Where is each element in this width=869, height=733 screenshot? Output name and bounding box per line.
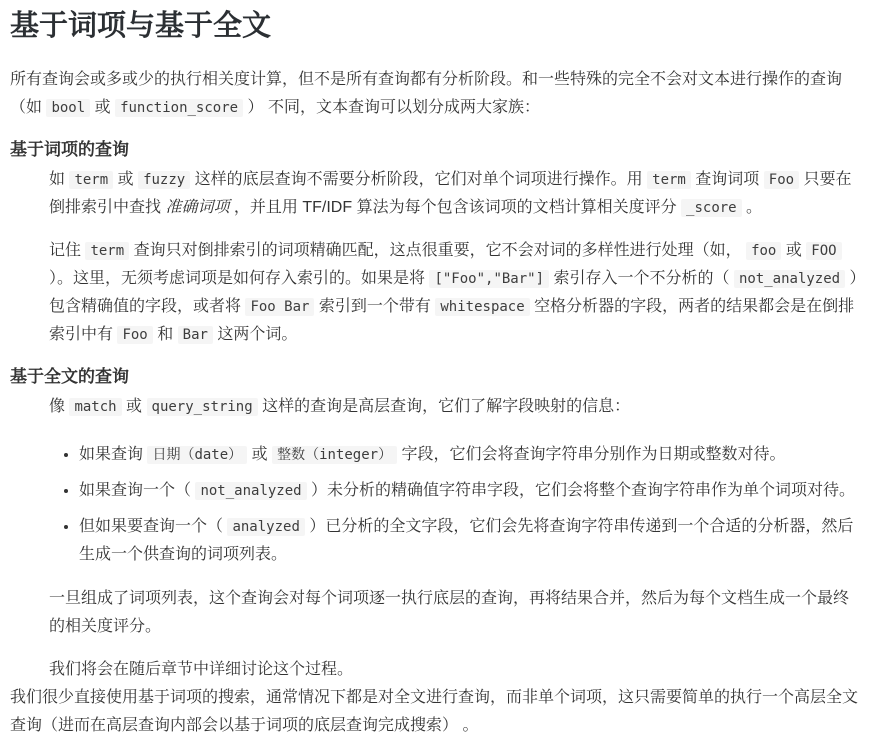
inline-code: not_analyzed	[734, 270, 845, 288]
section-body-full-text: 像 match 或 query_string 这样的查询是高层查询，它们了解字段…	[49, 393, 859, 684]
text-run: 字段，它们会将查询字符串分别作为日期或整数对待。	[397, 446, 785, 463]
inline-code: match	[69, 398, 121, 416]
inline-code: query_string	[147, 398, 258, 416]
inline-code: Bar	[178, 326, 213, 344]
section-heading-full-text: 基于全文的查询	[10, 365, 859, 389]
text-run: 或	[90, 99, 115, 116]
text-run: 但如果要查询一个（	[79, 518, 227, 535]
inline-code: 日期（date）	[147, 446, 247, 464]
section-body-term-based: 如 term 或 fuzzy 这样的底层查询不需要分析阶段，它们对单个词项进行操…	[49, 166, 859, 349]
inline-code: term	[647, 171, 691, 189]
intro-paragraph: 所有查询会或多或少的执行相关度计算，但不是所有查询都有分析阶段。和一些特殊的完全…	[10, 66, 859, 122]
term-paragraph-2: 记住 term 查询只对倒排索引的词项精确匹配，这点很重要，它不会对词的多样性进…	[49, 237, 859, 349]
text-run: 。	[742, 199, 762, 216]
text-run: 我们很少直接使用基于词项的搜索，通常情况下都是对全文进行查询，而非单个词项，这只…	[10, 689, 858, 733]
section-heading-term-based: 基于词项的查询	[10, 138, 859, 162]
list-item: 但如果要查询一个（ analyzed ）已分析的全文字段，它们会先将查询字符串传…	[79, 513, 859, 569]
text-run: 这样的底层查询不需要分析阶段，它们对单个词项进行操作。用	[190, 171, 647, 188]
text-run: 索引存入一个不分析的（	[549, 270, 734, 287]
text-run: 这两个词。	[213, 326, 297, 343]
inline-code: analyzed	[227, 518, 304, 536]
text-run: 我们将会在随后章节中详细讨论这个过程。	[49, 661, 353, 678]
inline-code: fuzzy	[138, 171, 190, 189]
text-run: 或	[247, 446, 272, 463]
text-run: 一旦组成了词项列表，这个查询会对每个词项逐一执行底层的查询，再将结果合并，然后为…	[49, 590, 849, 635]
full-text-lead-paragraph: 像 match 或 query_string 这样的查询是高层查询，它们了解字段…	[49, 393, 859, 421]
closing-paragraph: 我们很少直接使用基于词项的搜索，通常情况下都是对全文进行查询，而非单个词项，这只…	[10, 684, 859, 733]
text-run: 如果查询	[79, 446, 147, 463]
text-run: 或	[113, 171, 138, 188]
list-item: 如果查询 日期（date） 或 整数（integer） 字段，它们会将查询字符串…	[79, 441, 859, 469]
document-page: 基于词项与基于全文 所有查询会或多或少的执行相关度计算，但不是所有查询都有分析阶…	[0, 0, 869, 733]
full-text-bullet-list: 如果查询 日期（date） 或 整数（integer） 字段，它们会将查询字符串…	[49, 441, 859, 569]
inline-code: _score	[681, 199, 742, 217]
text-run: ）。这里，无须考虑词项是如何存入索引的。如果是将	[49, 270, 429, 287]
inline-code: Foo Bar	[245, 298, 314, 316]
inline-code: term	[69, 171, 113, 189]
text-run: 或	[781, 242, 806, 259]
text-run: 像	[49, 398, 69, 415]
emphasized-text: 准确词项	[165, 199, 229, 216]
inline-code: Foo	[117, 326, 152, 344]
section-term-based: 基于词项的查询 如 term 或 fuzzy 这样的底层查询不需要分析阶段，它们…	[10, 138, 859, 349]
text-run: 或	[122, 398, 147, 415]
inline-code: whitespace	[435, 298, 529, 316]
section-full-text: 基于全文的查询 像 match 或 query_string 这样的查询是高层查…	[10, 365, 859, 684]
inline-code: bool	[46, 99, 90, 117]
text-run: 索引到一个带有	[314, 298, 435, 315]
inline-code: 整数（integer）	[272, 446, 397, 464]
inline-code: Foo	[764, 171, 799, 189]
page-title: 基于词项与基于全文	[10, 8, 859, 44]
inline-code: foo	[746, 242, 781, 260]
inline-code: term	[85, 242, 129, 260]
text-run: ，并且用 TF/IDF 算法为每个包含该词项的文档计算相关度评分	[229, 199, 681, 216]
term-paragraph-1: 如 term 或 fuzzy 这样的底层查询不需要分析阶段，它们对单个词项进行操…	[49, 166, 859, 222]
full-text-paragraph-2: 我们将会在随后章节中详细讨论这个过程。	[49, 656, 859, 684]
text-run: 记住	[49, 242, 85, 259]
text-run: 查询只对倒排索引的词项精确匹配，这点很重要，它不会对词的多样性进行处理（如，	[129, 242, 746, 259]
inline-code: FOO	[806, 242, 841, 260]
list-item: 如果查询一个（ not_analyzed ）未分析的精确值字符串字段，它们会将整…	[79, 477, 859, 505]
text-run: ）未分析的精确值字符串字段，它们会将整个查询字符串作为单个词项对待。	[307, 482, 855, 499]
inline-code: function_score	[115, 99, 243, 117]
inline-code: not_analyzed	[195, 482, 306, 500]
inline-code: ["Foo","Bar"]	[429, 270, 549, 288]
text-run: 查询词项	[691, 171, 764, 188]
full-text-paragraph-1: 一旦组成了词项列表，这个查询会对每个词项逐一执行底层的查询，再将结果合并，然后为…	[49, 585, 859, 641]
text-run: ） 不同，文本查询可以划分成两大家族：	[243, 99, 540, 116]
text-run: 和	[153, 326, 178, 343]
text-run: 这样的查询是高层查询，它们了解字段映射的信息：	[258, 398, 630, 415]
text-run: 如果查询一个（	[79, 482, 195, 499]
text-run: 如	[49, 171, 69, 188]
